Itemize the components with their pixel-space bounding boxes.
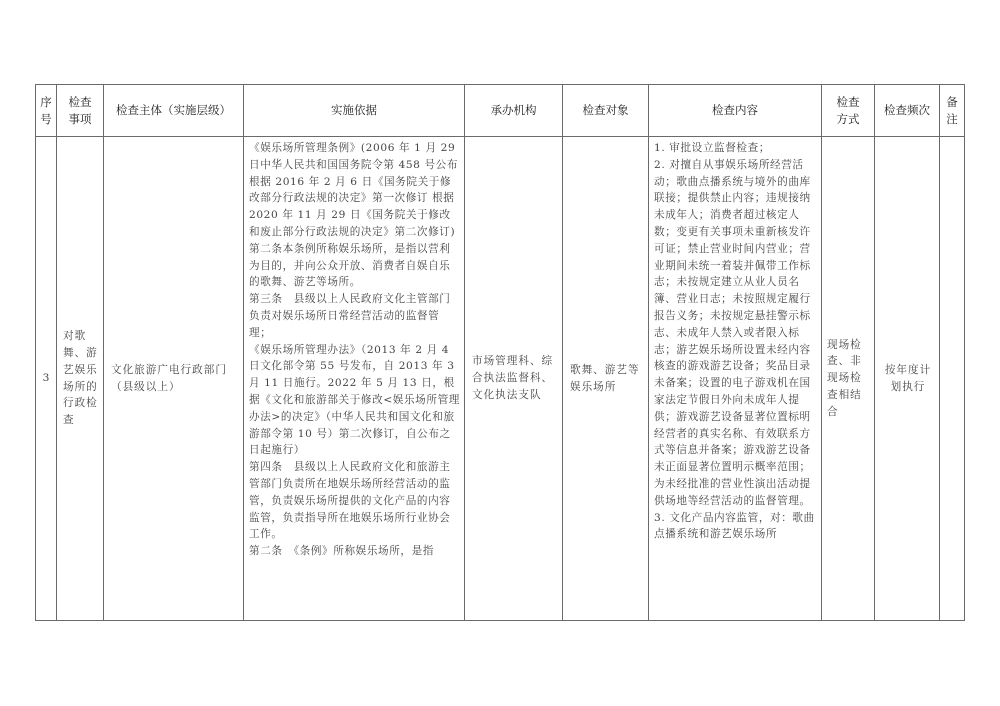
basis-paragraph: 《娱乐场所管理办法》（2013 年 2 月 4 日文化部令第 55 号发布，自 … — [249, 342, 460, 460]
cell-basis: 《娱乐场所管理条例》(2006 年 1 月 29 日中华人民共和国国务院令第 4… — [244, 137, 465, 621]
basis-paragraph: 第四条 县级以上人民政府文化和旅游主管部门负责所在地娱乐场所经营活动的监管，负责… — [249, 459, 460, 543]
cell-item: 对歌舞、游艺娱乐场所的行政检查 — [57, 137, 104, 621]
content-paragraph: 3. 文化产品内容监管，对：歌曲点播系统和游艺娱乐场所 — [654, 510, 817, 544]
cell-seq: 3 — [36, 137, 57, 621]
content-paragraph: 1. 审批设立监督检查； — [654, 140, 817, 157]
header-basis: 实施依据 — [244, 85, 465, 137]
header-row: 序号 检查事项 检查主体（实施层级） 实施依据 承办机构 检查对象 检查内容 检… — [36, 85, 965, 137]
cell-remark — [940, 137, 965, 621]
cell-frequency: 按年度计划执行 — [875, 137, 940, 621]
cell-subject: 文化旅游广电行政部门（县级以上） — [104, 137, 244, 621]
cell-content: 1. 审批设立监督检查； 2. 对擅自从事娱乐场所经营活动；歌曲点播系统与境外的… — [649, 137, 822, 621]
basis-paragraph: 第二条本条例所称娱乐场所，是指以营利为目的，并向公众开放、消费者自娱自乐的歌舞、… — [249, 241, 460, 291]
header-seq: 序号 — [36, 85, 57, 137]
content-paragraph: 2. 对擅自从事娱乐场所经营活动；歌曲点播系统与境外的曲库联接；提供禁止内容；违… — [654, 157, 817, 510]
header-method: 检查方式 — [822, 85, 875, 137]
basis-paragraph: 《娱乐场所管理条例》(2006 年 1 月 29 日中华人民共和国国务院令第 4… — [249, 140, 460, 241]
basis-paragraph: 第二条 《条例》所称娱乐场所，是指 — [249, 543, 460, 560]
table-row: 3 对歌舞、游艺娱乐场所的行政检查 文化旅游广电行政部门（县级以上） 《娱乐场所… — [36, 137, 965, 621]
header-item: 检查事项 — [57, 85, 104, 137]
header-content: 检查内容 — [649, 85, 822, 137]
cell-object: 歌舞、游艺等娱乐场所 — [563, 137, 649, 621]
cell-method: 现场检查、非现场检查相结合 — [822, 137, 875, 621]
header-subject: 检查主体（实施层级） — [104, 85, 244, 137]
header-agency: 承办机构 — [465, 85, 563, 137]
header-frequency: 检查频次 — [875, 85, 940, 137]
basis-paragraph: 第三条 县级以上人民政府文化主管部门负责对娱乐场所日常经营活动的监督管理； — [249, 291, 460, 341]
inspection-table: 序号 检查事项 检查主体（实施层级） 实施依据 承办机构 检查对象 检查内容 检… — [35, 84, 965, 621]
cell-agency: 市场管理科、综合执法监督科、文化执法支队 — [465, 137, 563, 621]
header-object: 检查对象 — [563, 85, 649, 137]
header-remark: 备注 — [940, 85, 965, 137]
